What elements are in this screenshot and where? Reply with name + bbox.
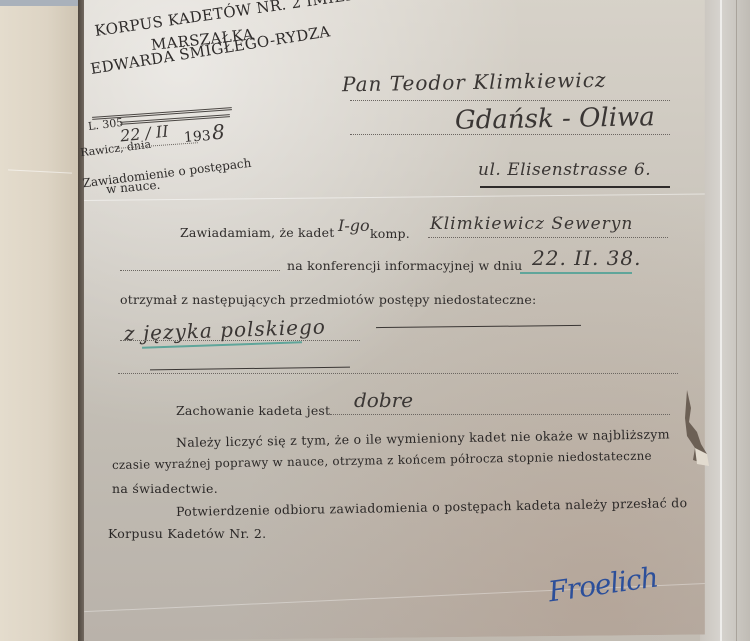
date-year-printed: 193 xyxy=(183,128,211,146)
addressee-name: Pan Teodor Klimkiewicz xyxy=(342,68,607,97)
document-photo: KORPUS KADETÓW NR. 2 IMIENIA MARSZAŁKA E… xyxy=(0,0,750,641)
left-book-page xyxy=(0,6,80,641)
subject-line-1 xyxy=(120,340,360,341)
conference-text: na konferencji informacyjnej w dniu xyxy=(287,258,522,273)
addressee-street: ul. Elisenstrasse 6. xyxy=(478,160,651,180)
right-paper-stack xyxy=(700,0,750,641)
addressee-line-1 xyxy=(350,100,670,101)
warning-line-3: na świadectwie. xyxy=(112,481,218,496)
conference-left-line xyxy=(120,270,280,271)
date-year-handwritten: 8 xyxy=(211,120,225,145)
subject-line-4 xyxy=(118,373,678,374)
cadet-name-handwritten: Klimkiewicz Seweryn xyxy=(430,214,633,234)
conduct-label: Zachowanie kadeta jest xyxy=(176,403,330,418)
addressee-city: Gdańsk - Oliwa xyxy=(455,102,655,135)
paper-edge xyxy=(720,0,722,641)
conduct-line xyxy=(330,414,670,415)
company-handwritten: I-go xyxy=(338,216,370,235)
intro-text: Zawiadamiam, że kadet xyxy=(180,225,334,240)
subjects-intro: otrzymał z następujących przedmiotów pos… xyxy=(120,292,536,307)
confirmation-line-2: Korpusu Kadetów Nr. 2. xyxy=(108,526,266,541)
conduct-handwritten: dobre xyxy=(354,388,413,412)
paper-tear-icon xyxy=(683,388,709,468)
company-label: komp. xyxy=(370,226,410,241)
conference-date-underline xyxy=(520,272,632,274)
paper-edge xyxy=(736,0,737,641)
addressee-line-2 xyxy=(350,134,670,135)
cadet-name-line xyxy=(428,237,668,238)
page-crease xyxy=(8,169,72,173)
fold-line xyxy=(84,193,724,201)
addressee-underline xyxy=(480,186,670,188)
conference-date-handwritten: 22. II. 38. xyxy=(532,246,642,270)
